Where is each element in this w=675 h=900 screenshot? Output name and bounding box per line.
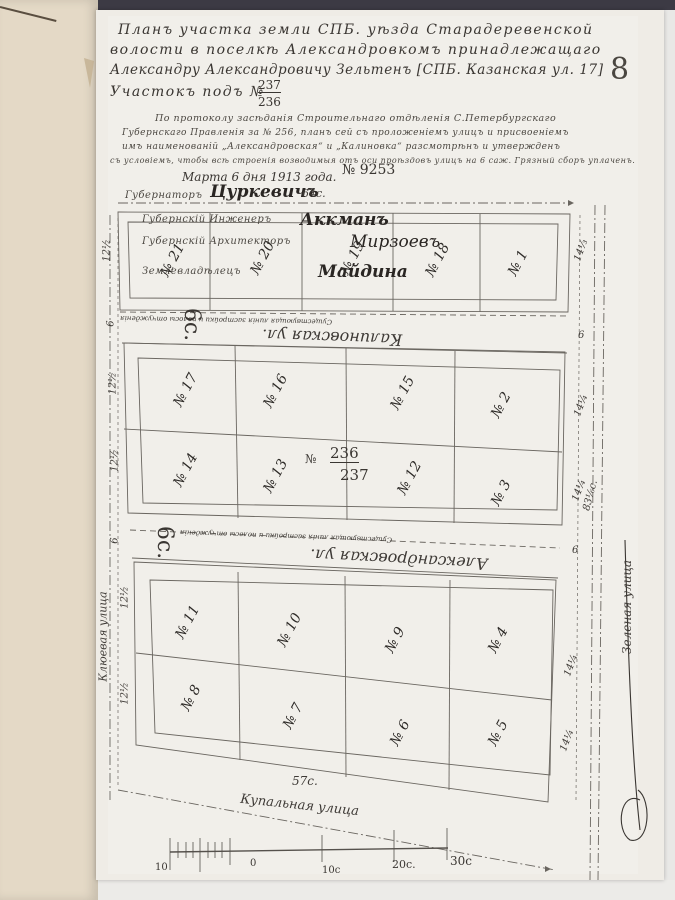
engineer-label: Губернскій Инженеръ <box>142 214 272 225</box>
central-prefix: № <box>305 452 316 466</box>
left-dim-2: 6 <box>106 320 117 326</box>
left-dim-3: 12½ <box>108 372 119 394</box>
top-dimension: 64с. <box>302 187 326 200</box>
right-street-name: Зеленая улица <box>620 560 634 654</box>
left-dim-7: 12½ <box>120 682 131 704</box>
left-dim-4: 12½ <box>110 449 121 471</box>
left-dim-1: 12½ <box>102 239 113 261</box>
left-dim-6: 12½ <box>120 586 131 608</box>
central-number-bottom: 237 <box>340 466 369 484</box>
lower-street-width: 6с. <box>152 526 177 559</box>
scale-label-0: 0 <box>250 858 256 869</box>
scale-label-30: 30с <box>450 854 472 868</box>
left-dim-5: 6 <box>110 537 121 543</box>
scale-label-20: 20с. <box>392 858 416 871</box>
landowner-signature: Майдина <box>318 262 408 282</box>
upper-street-width: 6с. <box>179 308 204 341</box>
bottom-dimension: 57с. <box>292 774 318 788</box>
central-number-top: 236 <box>330 444 359 463</box>
scale-label-10: 10с <box>322 865 340 876</box>
left-street-name: Клюевая улица <box>97 591 110 681</box>
right-dim-5: 6 <box>572 545 578 556</box>
right-dim-2: 6 <box>578 330 584 341</box>
engineer-signature: Аккманъ <box>300 210 389 230</box>
scale-label-10-left: 10 <box>155 862 168 873</box>
